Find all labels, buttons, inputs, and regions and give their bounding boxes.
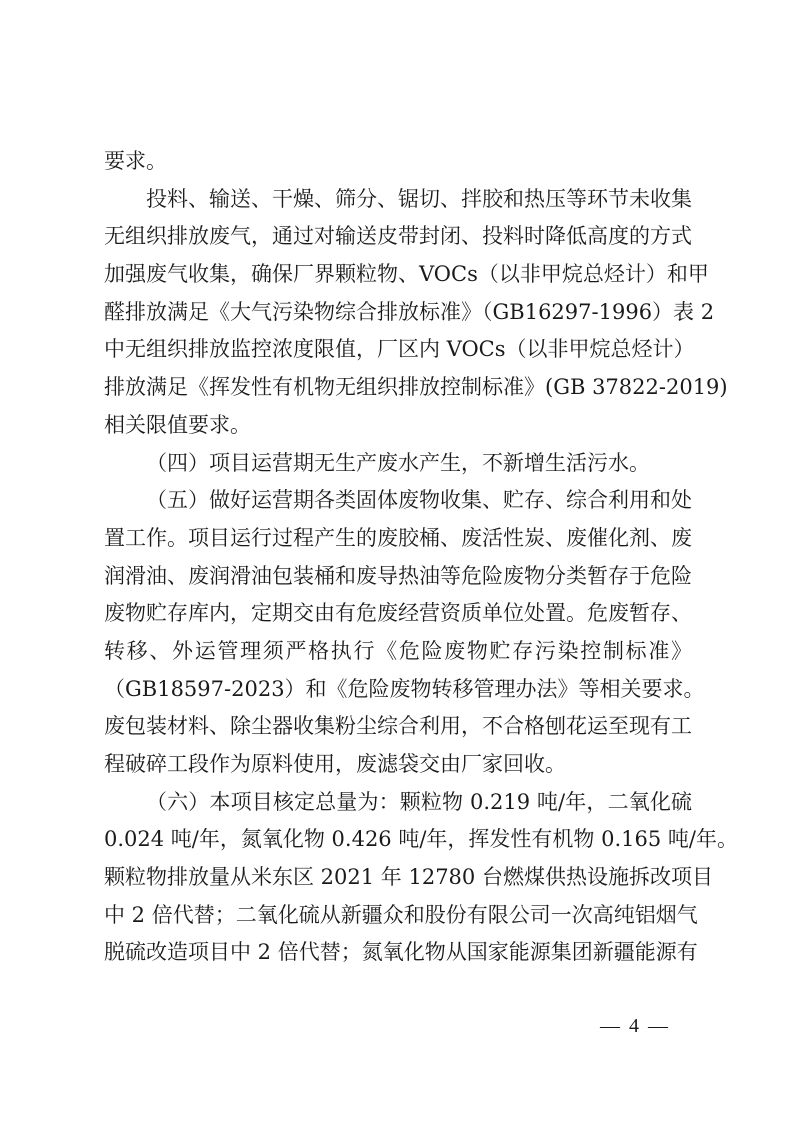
text-line: 中 2 倍代替；二氧化硫从新疆众和股份有限公司一次高纯铝烟气 — [104, 897, 692, 935]
text-line: 投料、输送、干燥、筛分、锯切、拌胶和热压等环节未收集 — [104, 181, 692, 219]
text-line: 程破碎工段作为原料使用，废滤袋交由厂家回收。 — [104, 746, 692, 784]
text-line: 要求。 — [104, 143, 692, 181]
text-line: 废包装材料、除尘器收集粉尘综合利用，不合格刨花运至现有工 — [104, 708, 692, 746]
text-line: 无组织排放废气，通过对输送皮带封闭、投料时降低高度的方式 — [104, 218, 692, 256]
text-line: 脱硫改造项目中 2 倍代替；氮氧化物从国家能源集团新疆能源有 — [104, 934, 692, 972]
text-line: （六）本项目核定总量为：颗粒物 0.219 吨/年，二氧化硫 — [104, 784, 692, 822]
text-line: 加强废气收集，确保厂界颗粒物、VOCs（以非甲烷总烃计）和甲 — [104, 256, 692, 294]
document-page: 要求。 投料、输送、干燥、筛分、锯切、拌胶和热压等环节未收集 无组织排放废气，通… — [0, 0, 793, 1122]
text-line: 置工作。项目运行过程产生的废胶桶、废活性炭、废催化剂、废 — [104, 520, 692, 558]
text-line: （五）做好运营期各类固体废物收集、贮存、综合利用和处 — [104, 482, 692, 520]
text-line: 转移、外运管理须严格执行《危险废物贮存污染控制标准》 — [104, 633, 692, 671]
text-line: 醛排放满足《大气污染物综合排放标准》（GB16297-1996）表 2 — [104, 294, 692, 332]
text-line: 润滑油、废润滑油包装桶和废导热油等危险废物分类暂存于危险 — [104, 558, 692, 596]
text-line: 中无组织排放监控浓度限值，厂区内 VOCs（以非甲烷总烃计） — [104, 331, 692, 369]
text-line: 排放满足《挥发性有机物无组织排放控制标准》(GB 37822-2019) — [104, 369, 692, 407]
text-line: 0.024 吨/年，氮氧化物 0.426 吨/年，挥发性有机物 0.165 吨/… — [104, 821, 692, 859]
text-line: （GB18597-2023）和《危险废物转移管理办法》等相关要求。 — [104, 671, 692, 709]
text-line: （四）项目运营期无生产废水产生，不新增生活污水。 — [104, 445, 692, 483]
body-text: 要求。 投料、输送、干燥、筛分、锯切、拌胶和热压等环节未收集 无组织排放废气，通… — [104, 143, 694, 972]
page-number: — 4 — — [600, 1015, 670, 1038]
text-line: 颗粒物排放量从米东区 2021 年 12780 台燃煤供热设施拆改项目 — [104, 859, 692, 897]
text-line: 相关限值要求。 — [104, 407, 692, 445]
text-line: 废物贮存库内，定期交由有危废经营资质单位处置。危废暂存、 — [104, 595, 692, 633]
